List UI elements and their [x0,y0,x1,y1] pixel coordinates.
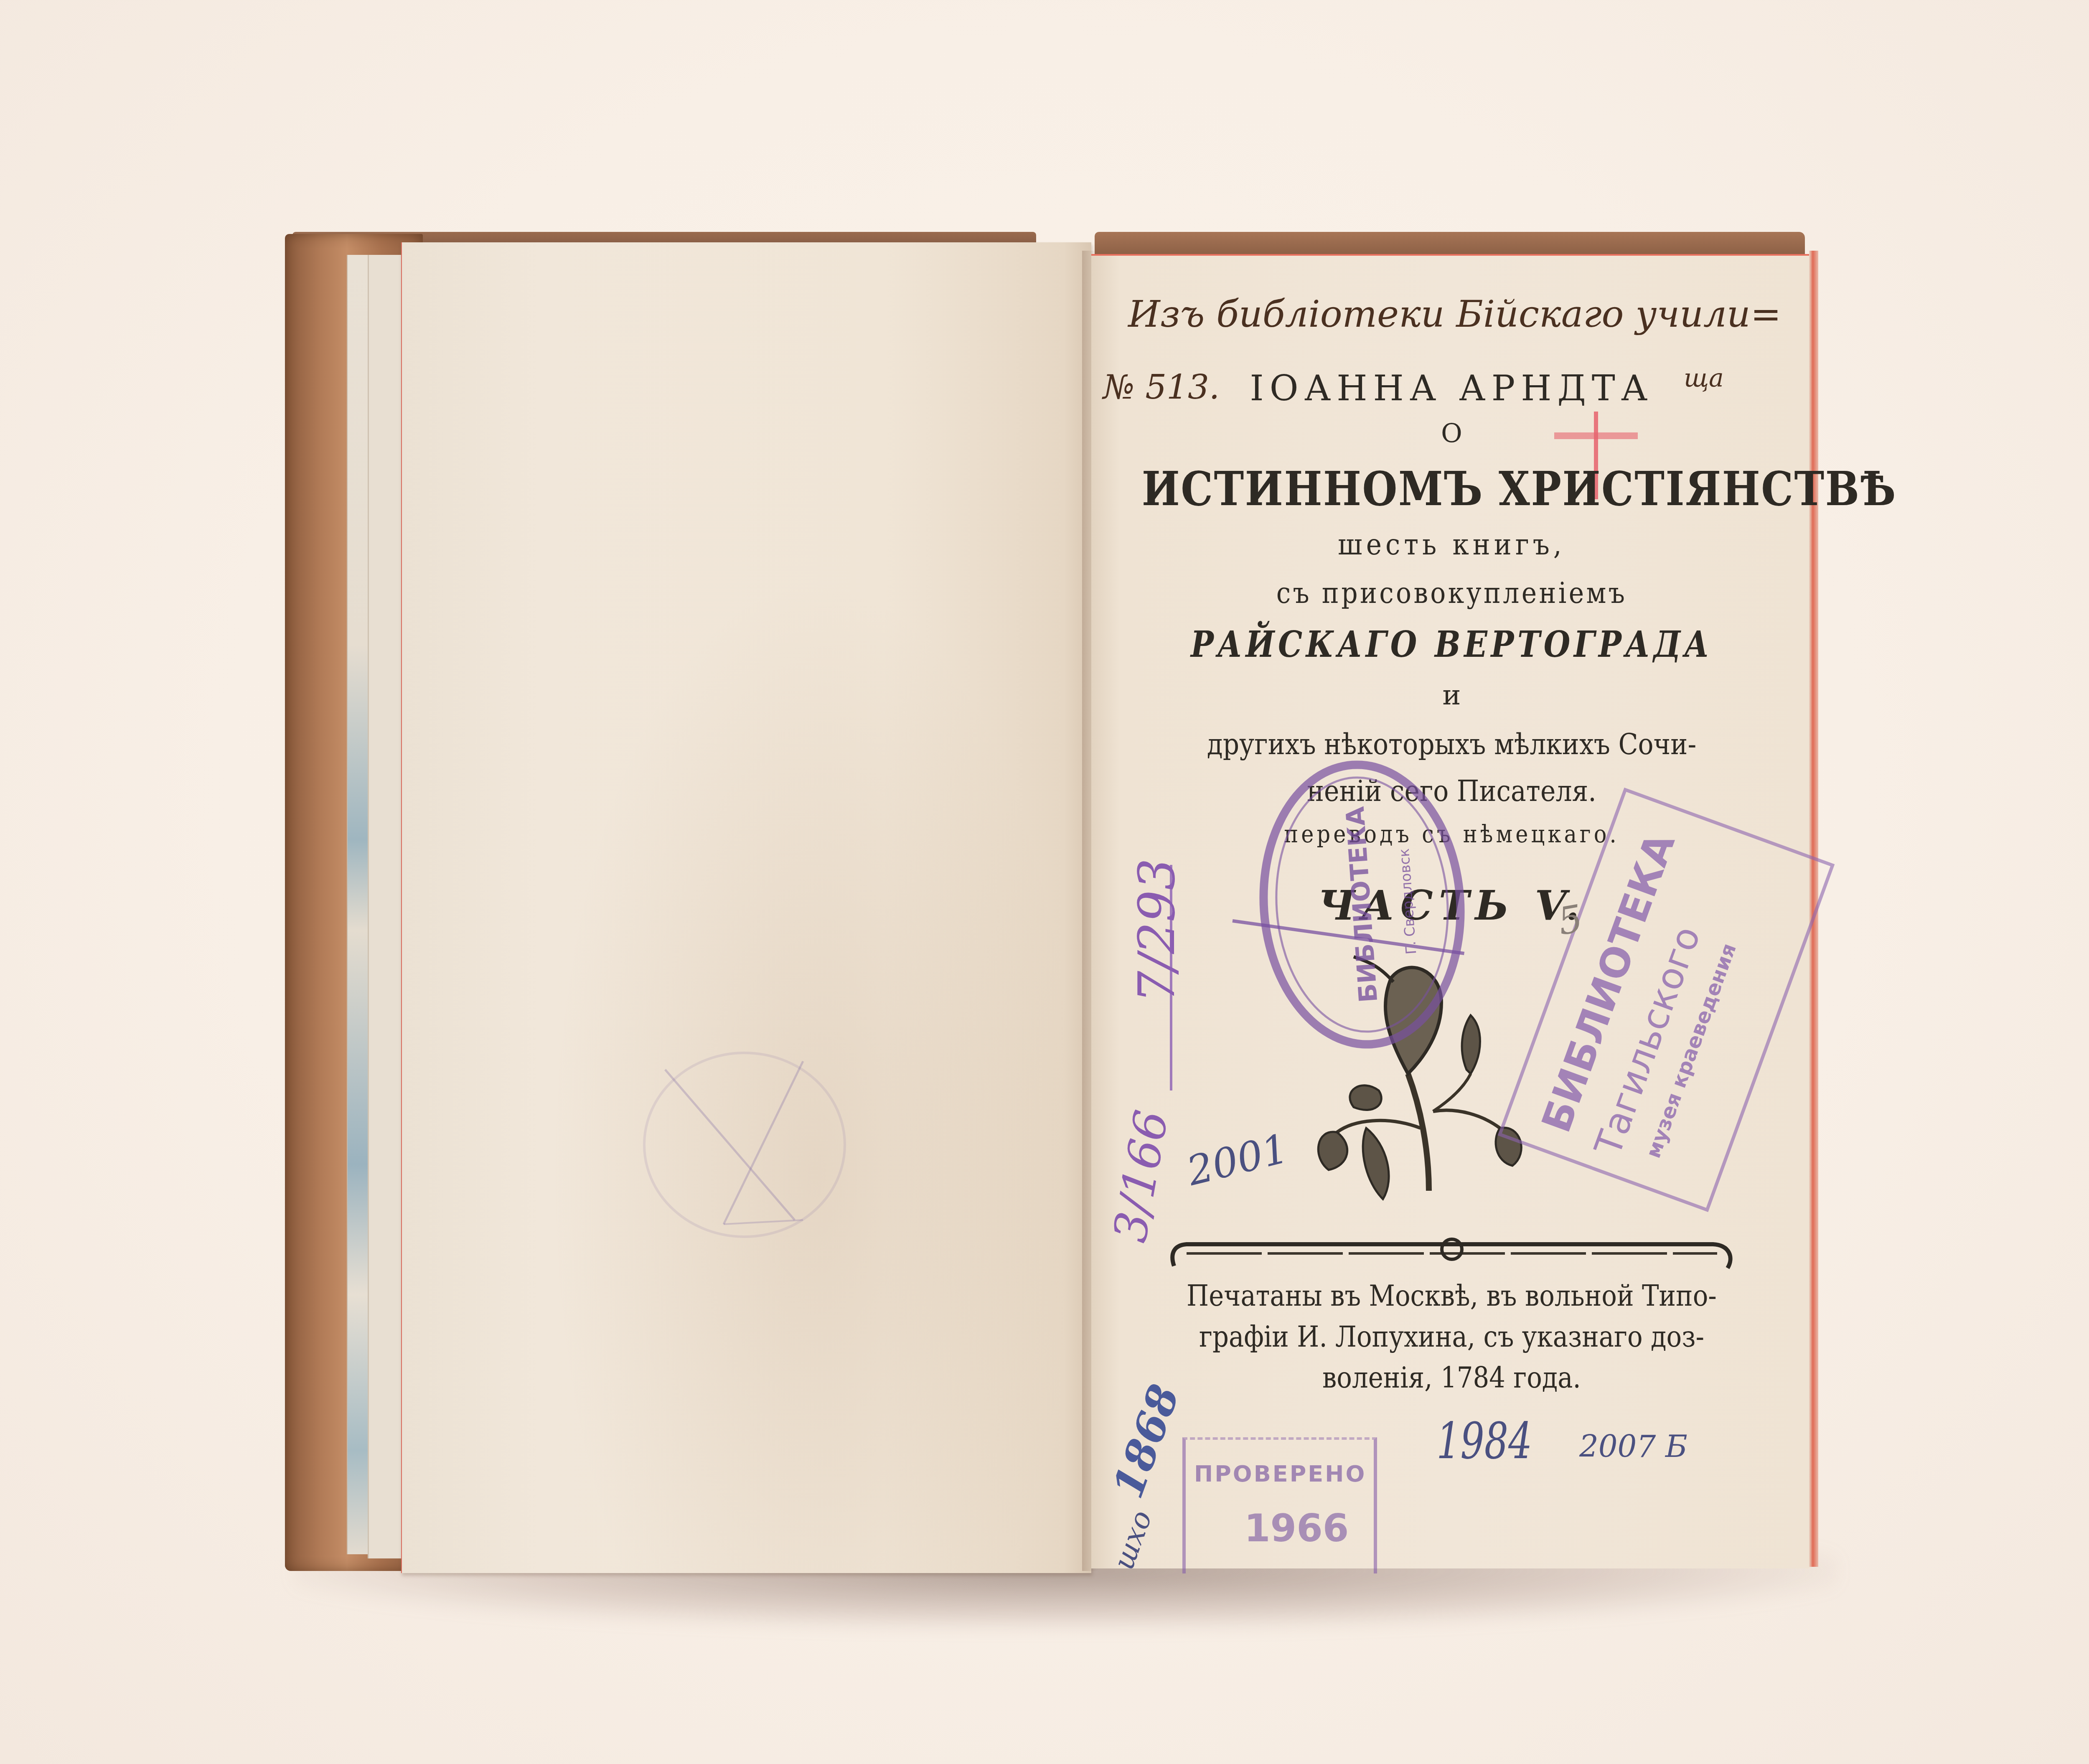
other-works-line-1: другихъ нѣкоторыхъ мѣлкихъ Сочи- [1135,727,1769,761]
left-blank-page [401,242,1091,1573]
paradise-garden-title: РАЙСКАГО ВЕРТОГРАДА [1145,623,1758,666]
verification-stamp-year: 1966 [1244,1507,1349,1550]
ornamental-rule-icon [1166,1237,1738,1270]
verification-stamp: ПРОВЕРЕНО 1966 [1182,1437,1377,1573]
front-cover-top-edge [1095,232,1805,257]
author-name: ІОАННА АРНДТА [1091,368,1812,409]
imprint-line-2: графіи И. Лопухина, съ указнаго доз- [1138,1319,1765,1354]
imprint-line-3: воленія, 1784 года. [1138,1360,1765,1395]
crossed-shelf-number: 7/293 [1128,858,1186,1003]
title-preposition: О [1091,418,1812,448]
with-addition: съ присовокупленіемъ [1135,576,1769,610]
shelf-number-strike-line [1170,865,1172,1090]
imprint-line-1: Печатаны въ Москвѣ, въ вольной Типо- [1138,1279,1765,1313]
main-title: ИСТИННОМЪ ХРИСТІЯНСТВѢ [1142,462,1762,516]
conjunction-and: и [1091,679,1812,711]
books-count: шесть книгъ, [1127,527,1776,562]
handwritten-year-1984: 1984 [1436,1412,1532,1470]
handwritten-code-2007b: 2007 Б [1579,1429,1687,1464]
pencil-x-mark-icon [628,1024,862,1258]
other-works-line-2: неній сего Писателя. [1135,774,1769,808]
handwritten-ownership-line: Изъ библіотеки Бійскаго учили= [1128,292,1781,336]
verification-stamp-label: ПРОВЕРЕНО [1194,1461,1366,1487]
